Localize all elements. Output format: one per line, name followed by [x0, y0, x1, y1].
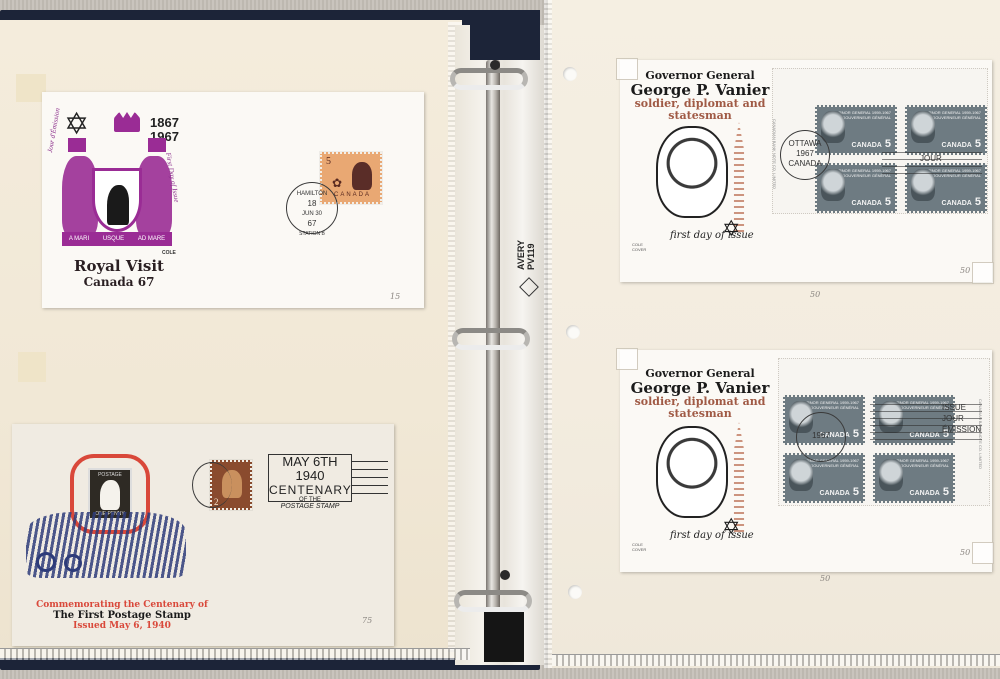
corner-mount [972, 262, 994, 284]
binder-hinge [484, 612, 524, 662]
binder-ring-bottom[interactable] [454, 590, 532, 612]
cachet-text: Governor General George P. Vanier soldie… [630, 368, 770, 420]
wheel-icon [36, 552, 56, 572]
vanier-portrait [656, 126, 728, 218]
vanier-stamp: GOVERNOR GENERAL 1959-1967 GOUVERNEUR GÉ… [873, 453, 955, 503]
flag-icon [148, 138, 166, 152]
flag-icon [68, 138, 86, 152]
first-day-cover-vanier-a[interactable]: Governor General George P. Vanier soldie… [620, 60, 992, 282]
shield [92, 168, 142, 232]
stamp-denomination: 5 [326, 156, 331, 167]
slogan-cancel-text: JOUR [920, 154, 942, 163]
jour-emission-text: Jour d'Émission [46, 107, 62, 153]
cachet-title: Royal Visit Canada 67 [54, 258, 184, 289]
publisher-mark: COLE COVER [632, 242, 648, 252]
binder-cover-top [470, 10, 540, 60]
brand-label: AVERY PV119 [516, 240, 536, 270]
publisher-mark: COLE COVER [632, 542, 648, 552]
sheet-protector-edge [0, 648, 470, 660]
first-day-cover-postage-centenary[interactable]: POSTAGE ONE PENNY Commemorating the Cent… [12, 424, 394, 646]
coat-of-arms: A MARI USQUE AD MARE [62, 138, 172, 248]
centennial-star-icon: ✡ [64, 110, 89, 140]
sheet-protector-edge [552, 654, 1000, 666]
stamp-country: CANADA [334, 192, 371, 198]
wheel-icon [64, 554, 82, 572]
punch-hole [563, 67, 577, 81]
pencil-price-note: 50 [960, 266, 970, 275]
queen-portrait [352, 162, 372, 190]
postmark: OTTAWA 1967 CANADA [780, 130, 830, 180]
postmark [192, 462, 232, 508]
crown-icon [114, 112, 140, 132]
cachet-text: Governor General George P. Vanier soldie… [630, 70, 770, 122]
cancel-bars [352, 454, 388, 500]
right-page-sleeve-edge [544, 0, 552, 668]
postmark: 1967 [796, 412, 846, 462]
pencil-price-note: 15 [390, 292, 400, 301]
punch-hole [568, 585, 582, 599]
page-pencil-note: 50 [810, 290, 820, 299]
motto-ribbon: A MARI USQUE AD MARE [62, 232, 172, 246]
binder-ring-top[interactable] [450, 68, 528, 90]
queen-victoria-profile [100, 480, 120, 510]
tape-mount [18, 352, 46, 382]
queen-silhouette [107, 185, 129, 225]
cachet-text: Commemorating the Centenary of The First… [22, 600, 222, 631]
first-day-script: first day of issue [670, 230, 754, 241]
rivet [490, 60, 500, 70]
punch-hole [566, 325, 580, 339]
first-day-script: first day of issue [670, 530, 754, 541]
slogan-cancel: MAY 6TH 1940 CENTENARY OF THE POSTAGE ST… [268, 454, 352, 502]
binder-ring-middle[interactable] [452, 328, 530, 350]
pencil-price-note: 75 [362, 616, 372, 625]
rivet [500, 570, 510, 580]
slogan-cancel-text: ISSUE JOUR ÉMISSION [942, 402, 981, 435]
first-day-cover-royal-visit[interactable]: ✡ 1867 1967 A MARI USQUE AD MARE Jour d'… [42, 92, 424, 308]
corner-mount [972, 542, 994, 564]
vanier-portrait [656, 426, 728, 518]
selvage-inscription: CANADIAN BANK NOTE CO. LIMITED [772, 119, 777, 189]
postmark: HAMILTON 18 JUN 30 67 STATION B [286, 182, 338, 234]
corner-mount [616, 348, 638, 370]
page-pencil-note: 50 [820, 574, 830, 583]
pencil-price-note: 50 [960, 548, 970, 557]
publisher-mark: COLE [162, 250, 176, 256]
first-day-cover-vanier-b[interactable]: Governor General George P. Vanier soldie… [620, 350, 992, 572]
